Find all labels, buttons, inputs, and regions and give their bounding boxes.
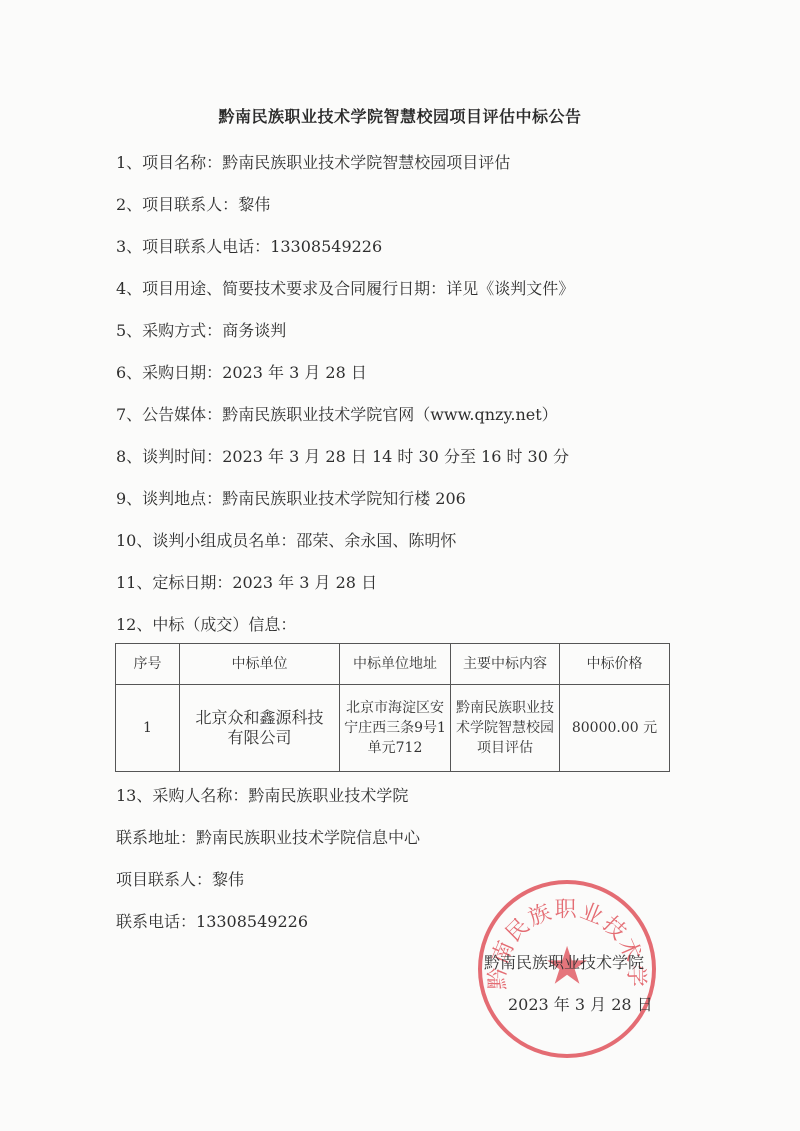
header-price: 中标价格 bbox=[560, 644, 670, 685]
cell-content: 黔南民族职业技术学院智慧校园项目评估 bbox=[451, 685, 560, 772]
header-index: 序号 bbox=[116, 644, 180, 685]
item-negotiation-time: 8、谈判时间：2023 年 3 月 28 日 14 时 30 分至 16 时 3… bbox=[116, 444, 569, 467]
header-address: 中标单位地址 bbox=[340, 644, 451, 685]
item-label: 11、定标日期： bbox=[116, 573, 232, 592]
item-value: 2023 年 3 月 28 日 bbox=[222, 363, 367, 382]
item-label: 3、项目联系人电话： bbox=[116, 237, 270, 256]
cell-company: 北京众和鑫源科技有限公司 bbox=[180, 685, 340, 772]
document-title: 黔南民族职业技术学院智慧校园项目评估中标公告 bbox=[0, 104, 800, 127]
item-label: 联系地址： bbox=[116, 828, 196, 847]
item-announcement-media: 7、公告媒体：黔南民族职业技术学院官网（www.qnzy.net） bbox=[116, 402, 558, 425]
purchaser-phone: 联系电话：13308549226 bbox=[116, 909, 308, 932]
item-value: 2023 年 3 月 28 日 14 时 30 分至 16 时 30 分 bbox=[222, 447, 569, 466]
item-value: 13308549226 bbox=[196, 912, 308, 931]
purchaser-address: 联系地址：黔南民族职业技术学院信息中心 bbox=[116, 825, 420, 848]
item-label: 7、公告媒体： bbox=[116, 405, 222, 424]
item-procurement-method: 5、采购方式：商务谈判 bbox=[116, 318, 286, 341]
item-value: 商务谈判 bbox=[222, 321, 286, 340]
cell-index: 1 bbox=[116, 685, 180, 772]
item-value: 黎伟 bbox=[238, 195, 270, 214]
item-label: 联系电话： bbox=[116, 912, 196, 931]
item-contact-phone: 3、项目联系人电话：13308549226 bbox=[116, 234, 382, 257]
item-label: 9、谈判地点： bbox=[116, 489, 222, 508]
item-label: 5、采购方式： bbox=[116, 321, 222, 340]
item-label: 13、采购人名称： bbox=[116, 786, 248, 805]
item-value: 黎伟 bbox=[212, 870, 244, 889]
item-award-info-heading: 12、中标（成交）信息： bbox=[116, 612, 296, 635]
item-project-usage: 4、项目用途、简要技术要求及合同履行日期：详见《谈判文件》 bbox=[116, 276, 574, 299]
signature-date: 2023 年 3 月 28 日 bbox=[508, 992, 653, 1015]
cell-address: 北京市海淀区安宁庄西三条9号1单元712 bbox=[340, 685, 451, 772]
table-row: 1 北京众和鑫源科技有限公司 北京市海淀区安宁庄西三条9号1单元712 黔南民族… bbox=[116, 685, 670, 772]
item-value: 黔南民族职业技术学院官网（www.qnzy.net） bbox=[222, 405, 557, 424]
purchaser-contact: 项目联系人：黎伟 bbox=[116, 867, 244, 890]
item-label: 4、项目用途、简要技术要求及合同履行日期： bbox=[116, 279, 446, 298]
item-contact-person: 2、项目联系人：黎伟 bbox=[116, 192, 270, 215]
item-procurement-date: 6、采购日期：2023 年 3 月 28 日 bbox=[116, 360, 367, 383]
item-award-date: 11、定标日期：2023 年 3 月 28 日 bbox=[116, 570, 377, 593]
item-label: 2、项目联系人： bbox=[116, 195, 238, 214]
item-negotiation-team: 10、谈判小组成员名单：邵荣、余永国、陈明怀 bbox=[116, 528, 456, 551]
item-label: 项目联系人： bbox=[116, 870, 212, 889]
item-label: 6、采购日期： bbox=[116, 363, 222, 382]
cell-price: 80000.00 元 bbox=[560, 685, 670, 772]
item-label: 12、中标（成交）信息： bbox=[116, 615, 296, 634]
purchaser-name: 13、采购人名称：黔南民族职业技术学院 bbox=[116, 783, 408, 806]
header-content: 主要中标内容 bbox=[451, 644, 560, 685]
award-table-header-row: 序号 中标单位 中标单位地址 主要中标内容 中标价格 bbox=[116, 644, 670, 685]
award-table: 序号 中标单位 中标单位地址 主要中标内容 中标价格 1 北京众和鑫源科技有限公… bbox=[115, 643, 670, 772]
item-value: 2023 年 3 月 28 日 bbox=[232, 573, 377, 592]
item-value: 13308549226 bbox=[270, 237, 382, 256]
item-label: 8、谈判时间： bbox=[116, 447, 222, 466]
item-label: 1、项目名称： bbox=[116, 153, 222, 172]
item-value: 黔南民族职业技术学院信息中心 bbox=[196, 828, 420, 847]
item-negotiation-location: 9、谈判地点：黔南民族职业技术学院知行楼 206 bbox=[116, 486, 466, 509]
item-value: 黔南民族职业技术学院 bbox=[248, 786, 408, 805]
item-value: 黔南民族职业技术学院知行楼 206 bbox=[222, 489, 466, 508]
item-project-name: 1、项目名称：黔南民族职业技术学院智慧校园项目评估 bbox=[116, 150, 510, 173]
signature-org: 黔南民族职业技术学院 bbox=[484, 950, 644, 973]
item-value: 邵荣、余永国、陈明怀 bbox=[296, 531, 456, 550]
header-company: 中标单位 bbox=[180, 644, 340, 685]
item-value: 黔南民族职业技术学院智慧校园项目评估 bbox=[222, 153, 510, 172]
item-label: 10、谈判小组成员名单： bbox=[116, 531, 296, 550]
item-value: 详见《谈判文件》 bbox=[446, 279, 574, 298]
